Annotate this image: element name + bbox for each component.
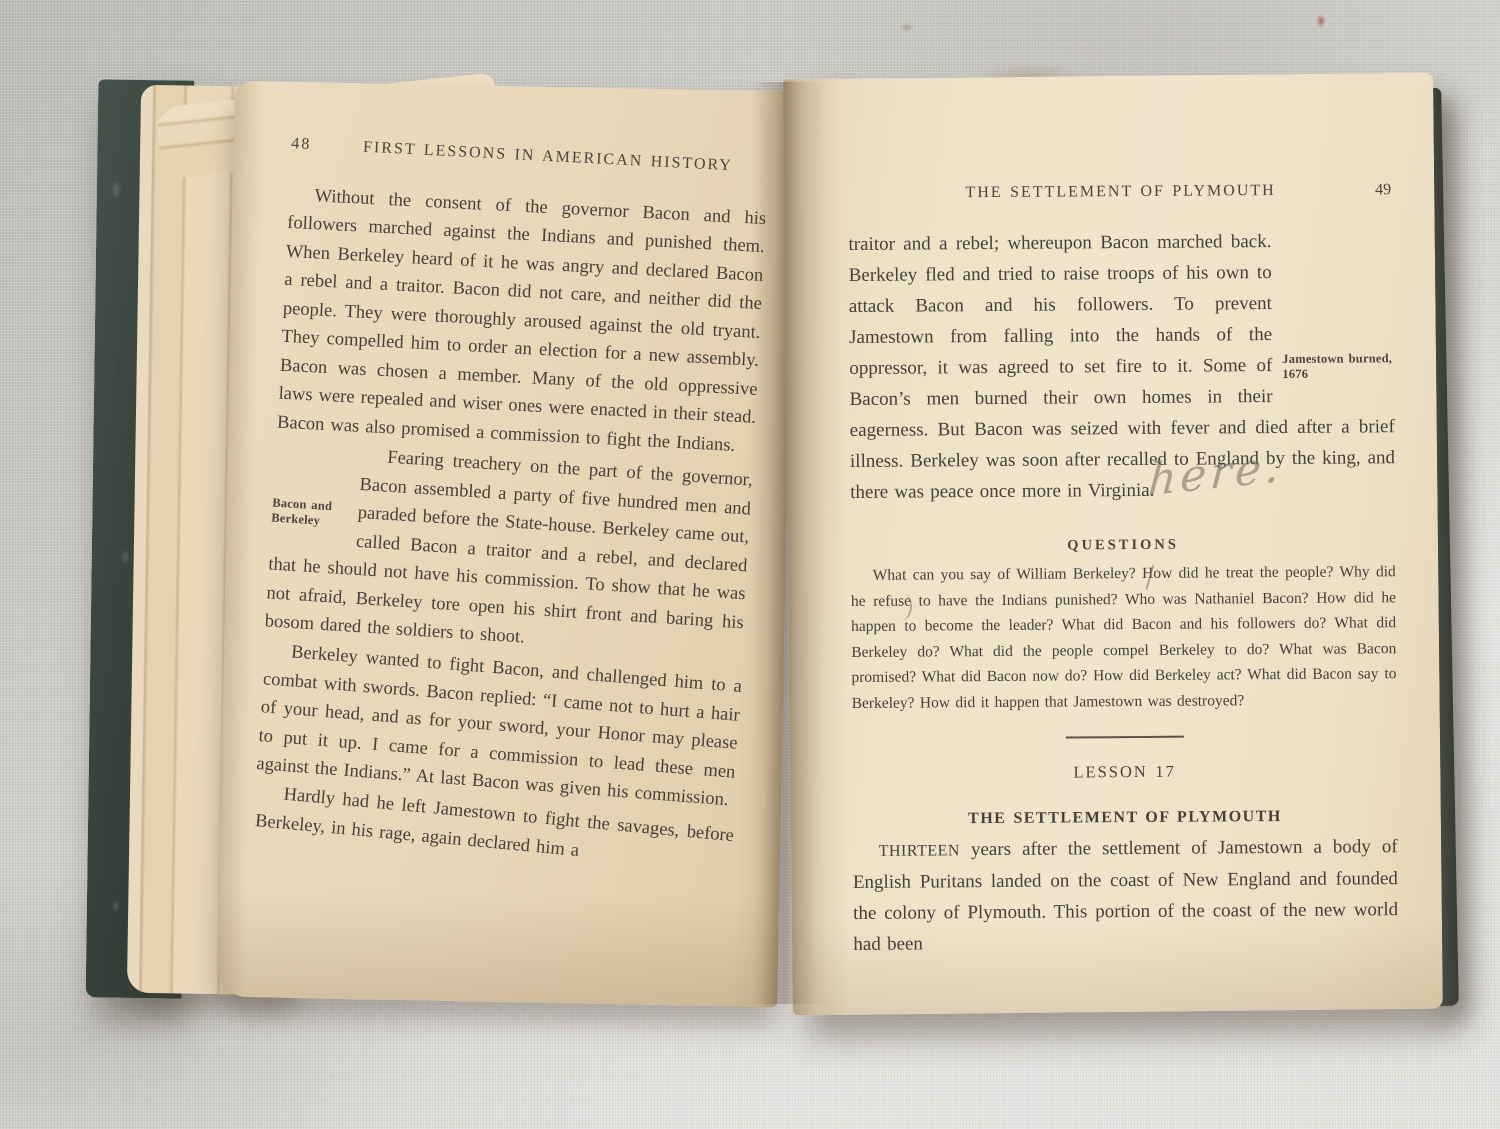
left-paragraph-2-text: Fearing treachery on the part of the gov…	[264, 448, 753, 648]
questions-heading: QUESTIONS	[850, 528, 1395, 563]
left-paragraph-1-text: Without the consent of the governor Baco…	[277, 186, 767, 456]
margin-note-jamestown-burned: Jamestown burned, 1676	[1282, 351, 1394, 382]
right-running-header: THE SETTLEMENT OF PLYMOUTH 49	[848, 174, 1393, 209]
lesson-number-heading: LESSON 17	[852, 754, 1397, 789]
right-page-text-block: THE SETTLEMENT OF PLYMOUTH 49 Jamestown …	[848, 174, 1398, 960]
questions-section: What can you say of William Berkeley? Ho…	[851, 559, 1397, 716]
fabric-stain	[900, 22, 914, 32]
section-divider-rule	[1065, 736, 1183, 739]
right-page-number: 49	[1375, 174, 1391, 205]
fabric-stain	[1316, 14, 1326, 28]
left-paragraph-2: Bacon and BerkeleyFearing treachery on t…	[264, 437, 754, 666]
left-paragraph-1: Without the consent of the governor Baco…	[276, 180, 766, 460]
lesson-lead-word: Thirteen	[879, 842, 960, 860]
lesson-intro-paragraph: Thirteen years after the settlement of J…	[853, 831, 1399, 960]
left-page-number: 48	[291, 130, 358, 162]
left-page-text-block: 48 FIRST LESSONS IN AMERICAN HISTORY Wit…	[256, 130, 769, 859]
questions-text: What can you say of William Berkeley? Ho…	[851, 559, 1397, 716]
right-paragraph-1: Jamestown burned, 1676traitor and a rebe…	[848, 225, 1395, 508]
lesson-title-heading: THE SETTLEMENT OF PLYMOUTH	[852, 800, 1397, 835]
right-header-title: THE SETTLEMENT OF PLYMOUTH	[965, 182, 1275, 201]
photo-of-open-book: 48 FIRST LESSONS IN AMERICAN HISTORY Wit…	[0, 0, 1500, 1129]
margin-note-bacon-berkeley: Bacon and Berkeley	[271, 495, 349, 530]
